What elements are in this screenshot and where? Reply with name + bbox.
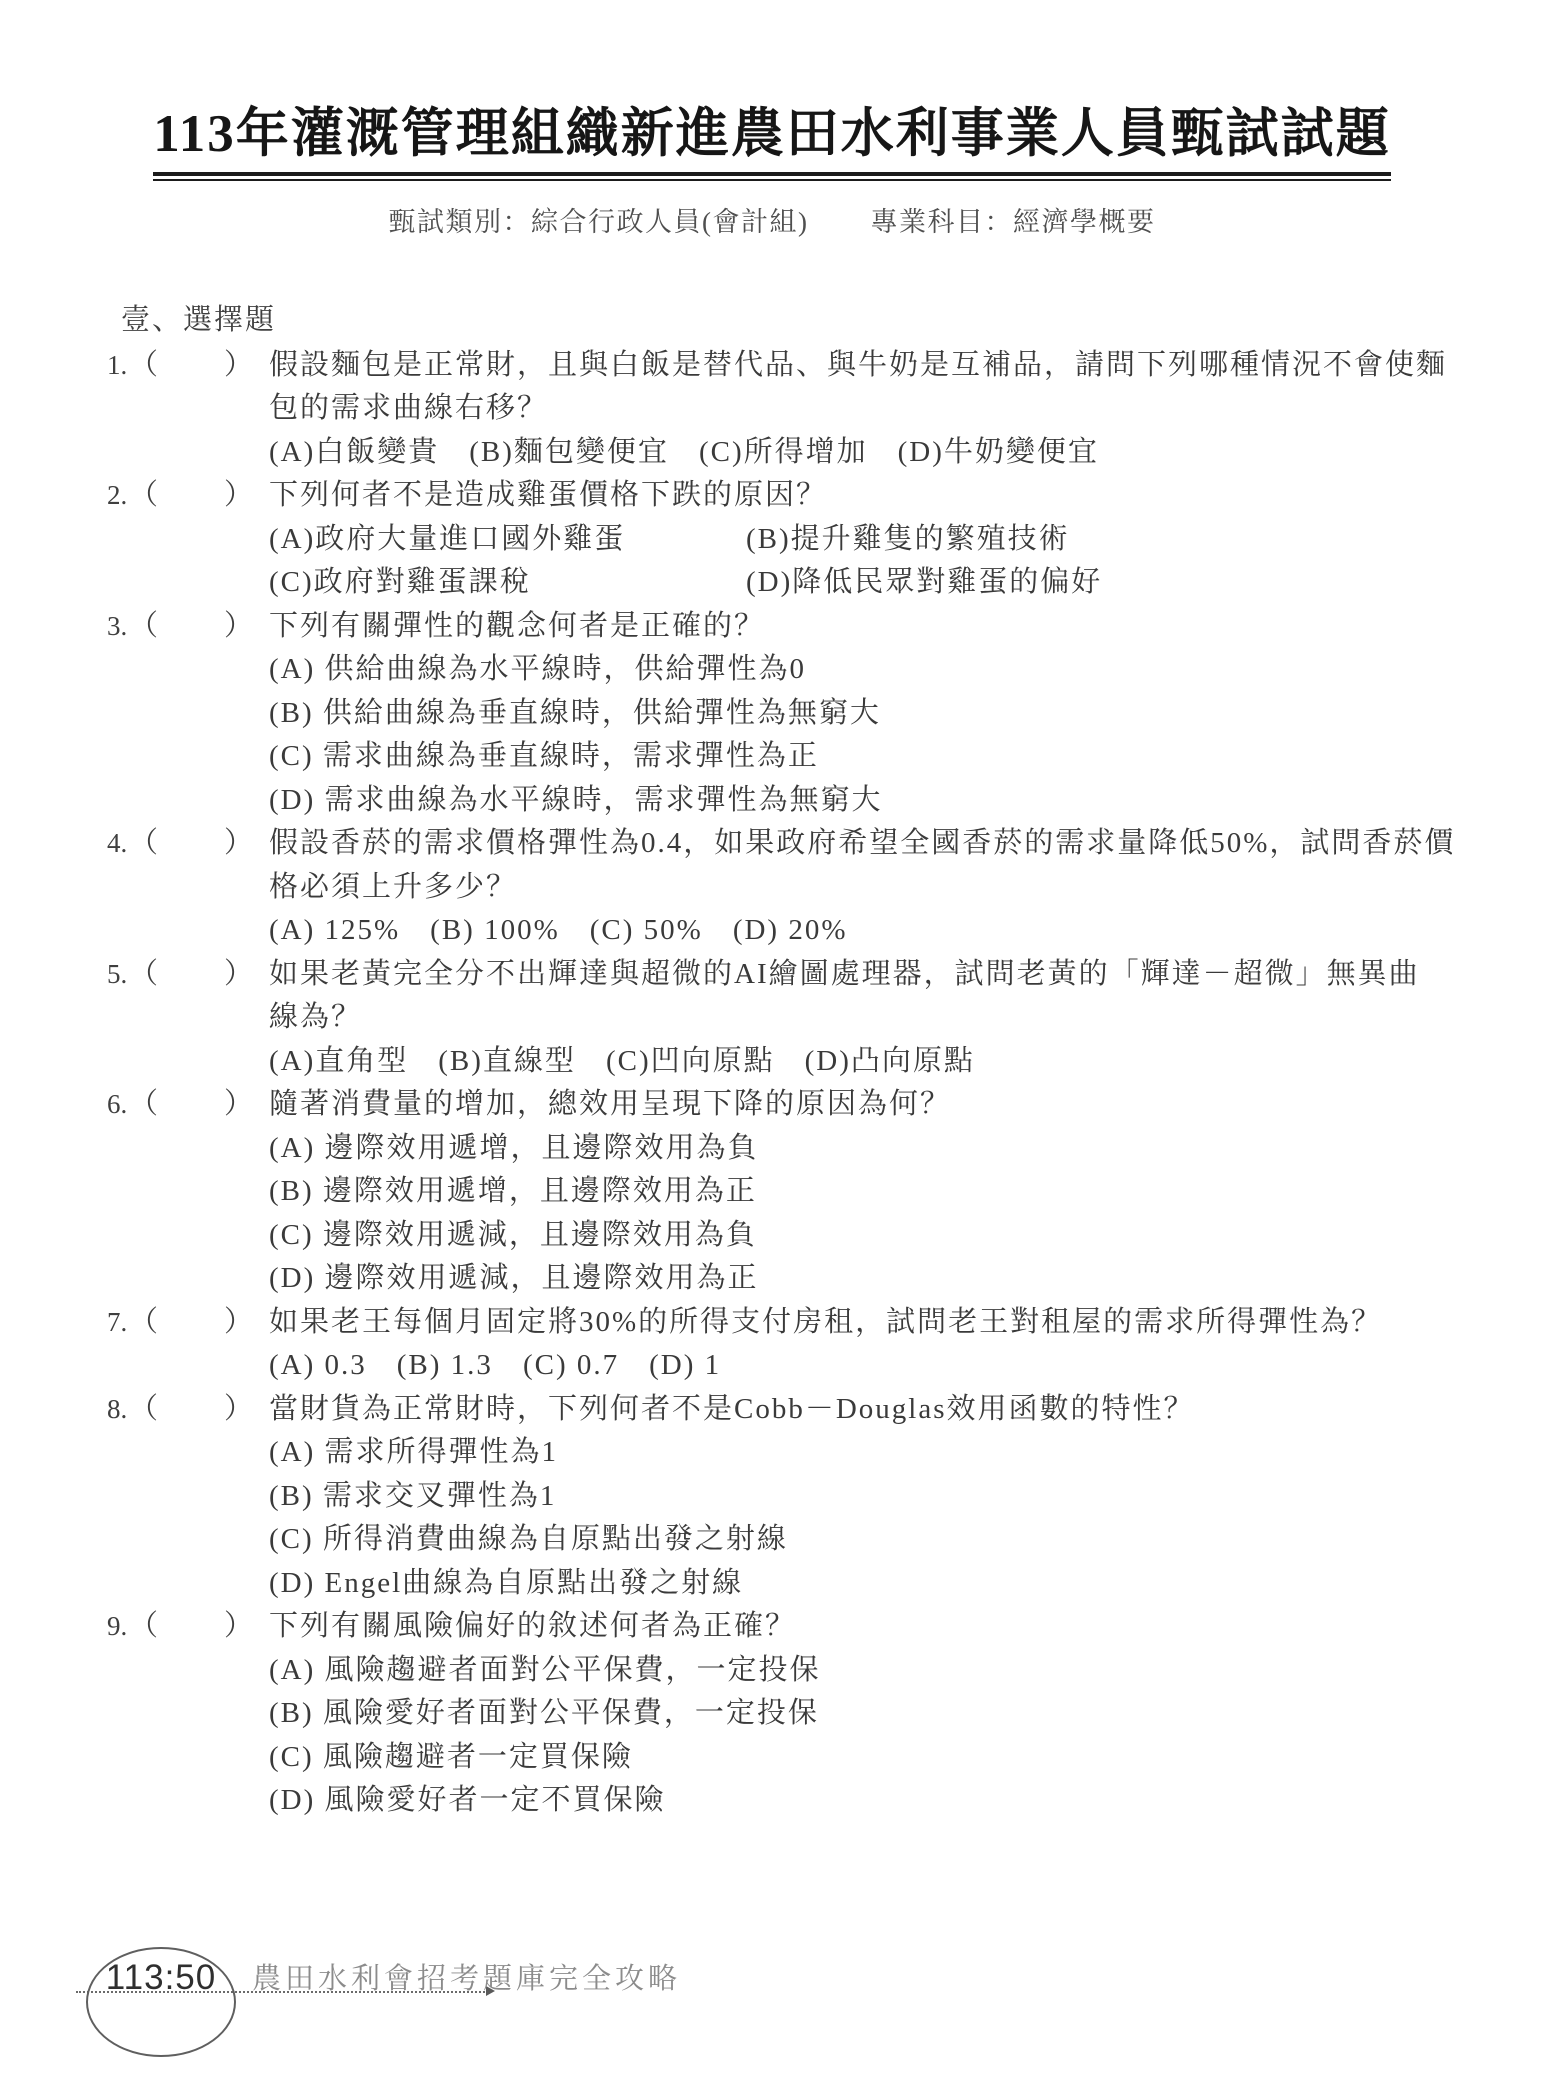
question-options: (A)政府大量進口國外雞蛋(B)提升雞隻的繁殖技術(C)政府對雞蛋課稅(D)降低… xyxy=(269,518,1479,605)
option: (D)凸向原點 xyxy=(805,1040,975,1084)
paren-close-char: ） xyxy=(224,474,255,518)
question-row: 5.（）如果老黃完全分不出輝達與超微的AI繪圖處理器，試問老黃的「輝達－超微」無… xyxy=(107,953,1544,1084)
document-subtitle: 甄試類別：綜合行政人員(會計組) 專業科目：經濟學概要 xyxy=(0,200,1544,239)
question-body: 如果老王每個月固定將30%的所得支付房租，試問老王對租屋的需求所得彈性為？(A)… xyxy=(269,1301,1479,1388)
question-row: 8.（）當財貨為正常財時，下列何者不是Cobb－Douglas效用函數的特性？(… xyxy=(107,1388,1544,1606)
question-options: (A) 125%(B) 100%(C) 50%(D) 20% xyxy=(269,909,1479,953)
answer-blank: （） xyxy=(129,1301,255,1345)
question-stem: 下列何者不是造成雞蛋價格下跌的原因？ xyxy=(269,474,1479,518)
option: (A) 125% xyxy=(269,909,400,953)
question-row: 2.（）下列何者不是造成雞蛋價格下跌的原因？(A)政府大量進口國外雞蛋(B)提升… xyxy=(107,474,1544,605)
question-number: 2. xyxy=(107,474,129,518)
question-stem: 假設香菸的需求價格彈性為0.4，如果政府希望全國香菸的需求量降低50%，試問香菸… xyxy=(269,822,1479,909)
option: (C)所得增加 xyxy=(699,431,868,475)
answer-blank: （） xyxy=(129,1388,255,1432)
document-title: 113年灌溉管理組織新進農田水利事業人員甄試試題 xyxy=(153,104,1391,176)
question-row: 6.（）隨著消費量的增加，總效用呈現下降的原因為何？(A) 邊際效用遞增，且邊際… xyxy=(107,1083,1544,1301)
question-row: 9.（）下列有關風險偏好的敘述何者為正確？(A) 風險趨避者面對公平保費，一定投… xyxy=(107,1605,1544,1823)
option: (C) 50% xyxy=(590,909,703,953)
option: (C) 需求曲線為垂直線時，需求彈性為正 xyxy=(269,735,1479,779)
question-stem: 隨著消費量的增加，總效用呈現下降的原因為何？ xyxy=(269,1083,1479,1127)
option: (D) 需求曲線為水平線時，需求彈性為無窮大 xyxy=(269,779,1479,823)
option: (C)政府對雞蛋課稅 xyxy=(269,561,746,605)
option: (D)牛奶變便宜 xyxy=(898,431,1099,475)
section-heading: 壹、選擇題 xyxy=(121,297,1544,338)
question-body: 假設香菸的需求價格彈性為0.4，如果政府希望全國香菸的需求量降低50%，試問香菸… xyxy=(269,822,1479,953)
answer-blank: （） xyxy=(129,344,255,388)
question-options: (A)直角型(B)直線型(C)凹向原點(D)凸向原點 xyxy=(269,1040,1479,1084)
question-body: 當財貨為正常財時，下列何者不是Cobb－Douglas效用函數的特性？(A) 需… xyxy=(269,1388,1479,1606)
document-header: 113年灌溉管理組織新進農田水利事業人員甄試試題 甄試類別：綜合行政人員(會計組… xyxy=(0,104,1544,239)
option: (B) 風險愛好者面對公平保費，一定投保 xyxy=(269,1692,1479,1736)
question-number: 4. xyxy=(107,822,129,866)
paren-close-char: ） xyxy=(224,822,255,866)
exam-subject: 專業科目：經濟學概要 xyxy=(870,200,1155,239)
option: (A) 0.3 xyxy=(269,1344,367,1388)
paren-close-char: ） xyxy=(224,953,255,997)
option: (B) 100% xyxy=(430,909,560,953)
question-body: 假設麵包是正常財，且與白飯是替代品、與牛奶是互補品，請問下列哪種情況不會使麵包的… xyxy=(269,344,1479,475)
paren-open-char: （ xyxy=(129,1301,160,1345)
paren-open-char: （ xyxy=(129,605,160,649)
option: (B) 邊際效用遞增，且邊際效用為正 xyxy=(269,1170,1479,1214)
question-row: 7.（）如果老王每個月固定將30%的所得支付房租，試問老王對租屋的需求所得彈性為… xyxy=(107,1301,1544,1388)
footer-book-title: 農田水利會招考題庫完全攻略 xyxy=(252,1956,681,1997)
question-number: 9. xyxy=(107,1605,129,1649)
answer-blank: （） xyxy=(129,822,255,866)
option: (D) 邊際效用遞減，且邊際效用為正 xyxy=(269,1257,1479,1301)
question-number: 6. xyxy=(107,1083,129,1127)
answer-blank: （） xyxy=(129,1605,255,1649)
question-stem: 下列有關風險偏好的敘述何者為正確？ xyxy=(269,1605,1479,1649)
answer-blank: （） xyxy=(129,953,255,997)
paren-close-char: ） xyxy=(224,1388,255,1432)
paren-open-char: （ xyxy=(129,1083,160,1127)
option: (C) 風險趨避者一定買保險 xyxy=(269,1736,1479,1780)
question-stem: 如果老王每個月固定將30%的所得支付房租，試問老王對租屋的需求所得彈性為？ xyxy=(269,1301,1479,1345)
option: (A) 風險趨避者面對公平保費，一定投保 xyxy=(269,1649,1479,1693)
question-stem: 當財貨為正常財時，下列何者不是Cobb－Douglas效用函數的特性？ xyxy=(269,1388,1479,1432)
option: (D)降低民眾對雞蛋的偏好 xyxy=(746,561,1479,605)
question-row: 3.（）下列有關彈性的觀念何者是正確的？(A) 供給曲線為水平線時，供給彈性為0… xyxy=(107,605,1544,823)
option: (A)白飯變貴 xyxy=(269,431,439,475)
question-body: 下列有關風險偏好的敘述何者為正確？(A) 風險趨避者面對公平保費，一定投保(B)… xyxy=(269,1605,1479,1823)
option: (A) 需求所得彈性為1 xyxy=(269,1431,1479,1475)
option: (C) 所得消費曲線為自原點出發之射線 xyxy=(269,1518,1479,1562)
paren-open-char: （ xyxy=(129,1388,160,1432)
answer-blank: （） xyxy=(129,1083,255,1127)
option: (D) Engel曲線為自原點出發之射線 xyxy=(269,1562,1479,1606)
option: (B) 供給曲線為垂直線時，供給彈性為無窮大 xyxy=(269,692,1479,736)
question-row: 4.（）假設香菸的需求價格彈性為0.4，如果政府希望全國香菸的需求量降低50%，… xyxy=(107,822,1544,953)
option: (D) 20% xyxy=(733,909,848,953)
paren-open-char: （ xyxy=(129,822,160,866)
question-row: 1.（）假設麵包是正常財，且與白飯是替代品、與牛奶是互補品，請問下列哪種情況不會… xyxy=(107,344,1544,475)
question-number: 3. xyxy=(107,605,129,649)
option: (B)提升雞隻的繁殖技術 xyxy=(746,518,1479,562)
question-stem: 下列有關彈性的觀念何者是正確的？ xyxy=(269,605,1479,649)
paren-close-char: ） xyxy=(224,1605,255,1649)
option: (C) 0.7 xyxy=(523,1344,619,1388)
option: (B) 1.3 xyxy=(397,1344,493,1388)
page-number: 113:50 xyxy=(86,1958,236,1998)
answer-blank: （） xyxy=(129,474,255,518)
option: (C)凹向原點 xyxy=(606,1040,775,1084)
question-options: (A) 邊際效用遞增，且邊際效用為負(B) 邊際效用遞增，且邊際效用為正(C) … xyxy=(269,1127,1479,1301)
option: (B) 需求交叉彈性為1 xyxy=(269,1475,1479,1519)
question-number: 1. xyxy=(107,344,129,388)
paren-open-char: （ xyxy=(129,474,160,518)
option: (A)直角型 xyxy=(269,1040,408,1084)
question-body: 下列有關彈性的觀念何者是正確的？(A) 供給曲線為水平線時，供給彈性為0(B) … xyxy=(269,605,1479,823)
question-options: (A) 供給曲線為水平線時，供給彈性為0(B) 供給曲線為垂直線時，供給彈性為無… xyxy=(269,648,1479,822)
question-list: 1.（）假設麵包是正常財，且與白飯是替代品、與牛奶是互補品，請問下列哪種情況不會… xyxy=(0,344,1544,1823)
paren-close-char: ） xyxy=(224,605,255,649)
question-options: (A) 風險趨避者面對公平保費，一定投保(B) 風險愛好者面對公平保費，一定投保… xyxy=(269,1649,1479,1823)
paren-open-char: （ xyxy=(129,344,160,388)
option: (A)政府大量進口國外雞蛋 xyxy=(269,518,746,562)
question-options: (A) 0.3(B) 1.3(C) 0.7(D) 1 xyxy=(269,1344,1479,1388)
answer-blank: （） xyxy=(129,605,255,649)
paren-open-char: （ xyxy=(129,953,160,997)
paren-close-char: ） xyxy=(224,1083,255,1127)
option: (D) 1 xyxy=(649,1344,721,1388)
option: (B)麵包變便宜 xyxy=(469,431,669,475)
paren-close-char: ） xyxy=(224,1301,255,1345)
question-number: 5. xyxy=(107,953,129,997)
question-stem: 假設麵包是正常財，且與白飯是替代品、與牛奶是互補品，請問下列哪種情況不會使麵包的… xyxy=(269,344,1479,431)
paren-close-char: ） xyxy=(224,344,255,388)
question-body: 如果老黃完全分不出輝達與超微的AI繪圖處理器，試問老黃的「輝達－超微」無異曲線為… xyxy=(269,953,1479,1084)
option: (C) 邊際效用遞減，且邊際效用為負 xyxy=(269,1214,1479,1258)
option: (A) 邊際效用遞增，且邊際效用為負 xyxy=(269,1127,1479,1171)
paren-open-char: （ xyxy=(129,1605,160,1649)
exam-category: 甄試類別：綜合行政人員(會計組) xyxy=(389,200,809,239)
question-body: 下列何者不是造成雞蛋價格下跌的原因？(A)政府大量進口國外雞蛋(B)提升雞隻的繁… xyxy=(269,474,1479,605)
question-number: 7. xyxy=(107,1301,129,1345)
question-stem: 如果老黃完全分不出輝達與超微的AI繪圖處理器，試問老黃的「輝達－超微」無異曲線為… xyxy=(269,953,1479,1040)
option: (A) 供給曲線為水平線時，供給彈性為0 xyxy=(269,648,1479,692)
question-options: (A)白飯變貴(B)麵包變便宜(C)所得增加(D)牛奶變便宜 xyxy=(269,431,1479,475)
option: (B)直線型 xyxy=(438,1040,576,1084)
question-options: (A) 需求所得彈性為1(B) 需求交叉彈性為1(C) 所得消費曲線為自原點出發… xyxy=(269,1431,1479,1605)
question-body: 隨著消費量的增加，總效用呈現下降的原因為何？(A) 邊際效用遞增，且邊際效用為負… xyxy=(269,1083,1479,1301)
option: (D) 風險愛好者一定不買保險 xyxy=(269,1779,1479,1823)
question-number: 8. xyxy=(107,1388,129,1432)
